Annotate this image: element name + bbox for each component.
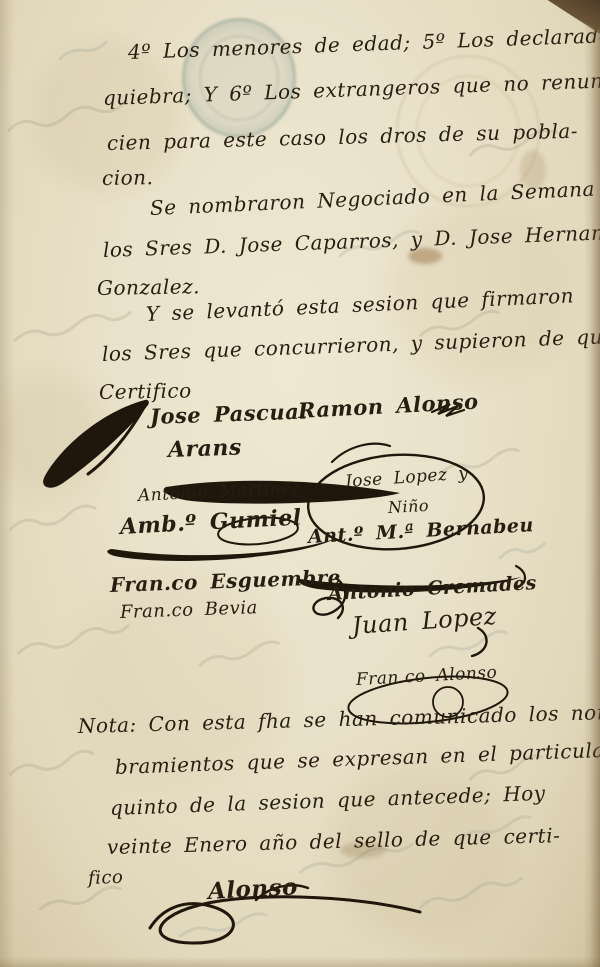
body-p2-line1: Se nombraron Negociado en la Semana a — [149, 176, 600, 220]
signature-arans: Arans — [168, 434, 243, 463]
signature-jose-pascual: Jose Pascual — [150, 399, 309, 429]
body-p3-line1: Y se levantó esta sesion que firmaron — [145, 283, 574, 326]
body-p3-line2: los Sres que concurrieron, y supieron de… — [102, 324, 600, 366]
page-bottom-edge-shadow — [0, 957, 600, 967]
body-p2-line3: Gonzalez. — [97, 274, 200, 300]
signature-antonio-cremades: Antonio Cremades — [327, 572, 537, 605]
body-p1-line2: quiebra; Y 6º Los extrangeros que no ren… — [103, 68, 600, 110]
body-p1-line4: cion. — [102, 165, 154, 190]
signature-jose-lopez-line1: Jose Lopez y — [344, 463, 469, 492]
signature-jose-lopez-line2: Niño — [388, 496, 430, 517]
body-p2-line2: los Sres D. Jose Caparros, y D. Jose Her… — [103, 219, 600, 262]
signature-ramon-alonso: Ramon Alonso — [297, 389, 479, 423]
manuscript-page: 4º Los menores de edad; 5º Los declarado… — [0, 0, 600, 967]
closing-flourish — [150, 897, 420, 943]
page-left-edge-shadow — [0, 0, 14, 967]
body-p3-line3: Certifico — [99, 378, 192, 404]
signature-closing-alonso: Alonso — [207, 873, 298, 905]
signature-antonio-martinez: Antonio Martinez — [137, 477, 301, 506]
nota-line2: bramientos que se expresan en el particu… — [115, 738, 600, 779]
swash-gumiel — [107, 539, 334, 561]
body-p1-line1: 4º Los menores de edad; 5º Los declarado… — [128, 21, 600, 64]
nota-line3: quinto de la sesion que antecede; Hoy — [110, 781, 546, 820]
signature-franco-esguembre: Fran.co Esguembre — [110, 565, 342, 597]
nota-line4: veinte Enero año del sello de que certi- — [107, 823, 561, 859]
nota-line5: fico — [88, 867, 124, 889]
signature-franco-alonso: Fran.co Alonso — [355, 663, 497, 690]
signature-anto-bernabeu: Ant.º M.ª Bernabeu — [307, 514, 534, 548]
signature-ambrosio-gumiel: Amb.º Gumiel — [119, 505, 302, 540]
signature-juan-lopez: Juan Lopez — [351, 602, 498, 640]
nota-line1: Nota: Con esta fha se han comunicado los… — [78, 700, 600, 738]
signature-franco-bevia: Fran.co Bevia — [120, 597, 258, 623]
tail-juan-lopez — [472, 628, 487, 656]
body-p1-line3: cien para este caso los dros de su pobla… — [107, 119, 579, 155]
page-right-edge-shadow — [584, 0, 600, 967]
paraph-large-loop — [43, 400, 149, 488]
